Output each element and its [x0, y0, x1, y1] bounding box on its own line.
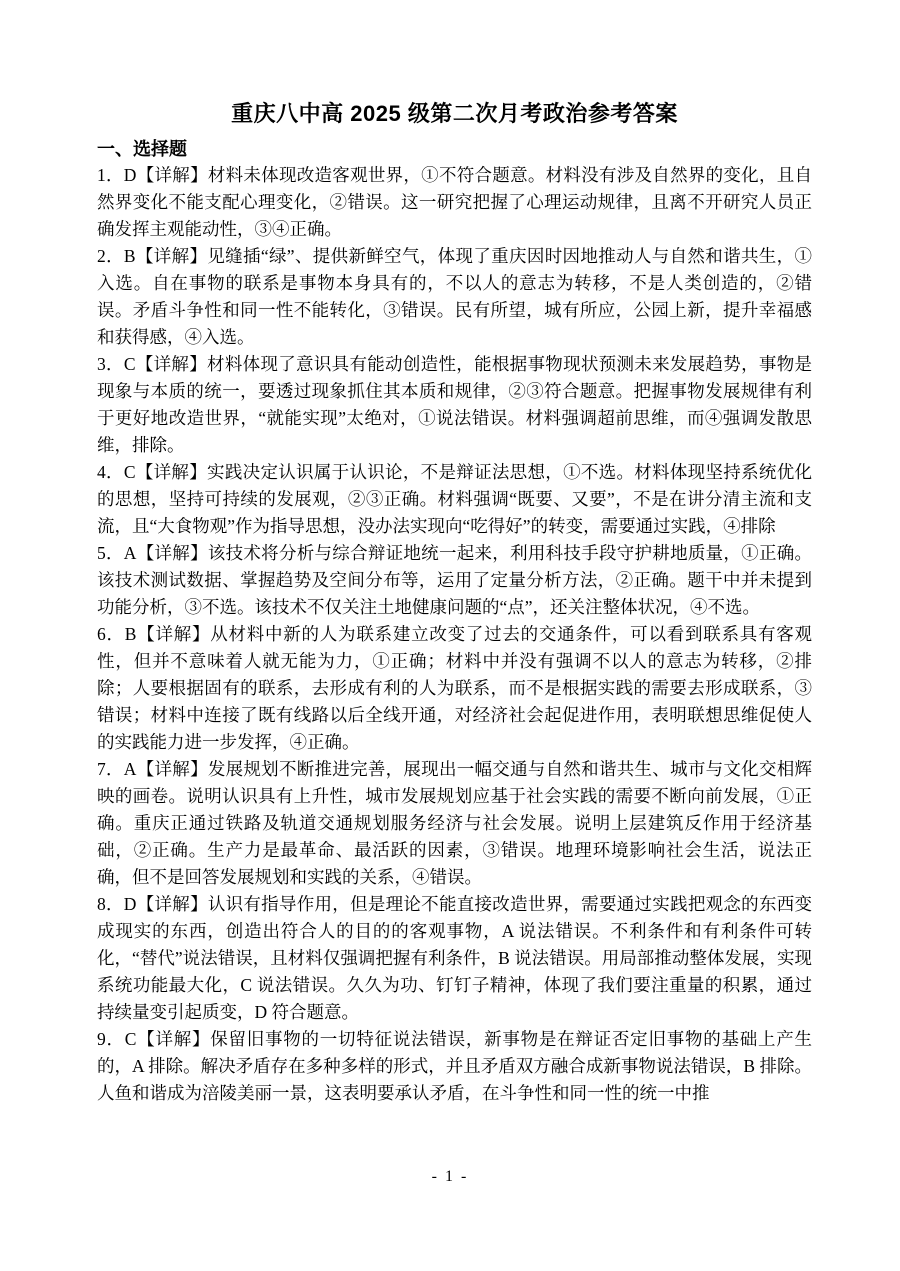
item-label: 【详解】: [136, 462, 208, 482]
section-heading: 一、选择题: [97, 137, 812, 162]
page-number: - 1 -: [0, 1166, 900, 1188]
answer-item-2: 2．B【详解】见缝插“绿”、提供新鲜空气，体现了重庆因时因地推动人与自然和谐共生…: [97, 243, 812, 351]
answer-item-4: 4．C【详解】实践决定认识属于认识论，不是辩证法思想，①不选。材料体现坚持系统优…: [97, 459, 812, 540]
answer-item-5: 5．A【详解】该技术将分析与综合辩证地统一起来，利用科技手段守护耕地质量，①正确…: [97, 540, 812, 621]
item-number-answer: 3．C: [97, 354, 136, 374]
item-number-answer: 5．A: [97, 543, 136, 563]
answer-item-9: 9．C【详解】保留旧事物的一切特征说法错误，新事物是在辩证否定旧事物的基础上产生…: [97, 1026, 812, 1107]
item-number-answer: 4．C: [97, 462, 136, 482]
item-number-answer: 6．B: [97, 624, 136, 644]
item-label: 【详解】: [136, 624, 210, 644]
item-label: 【详解】: [136, 543, 207, 563]
answer-item-7: 7．A【详解】发展规划不断推进完善，展现出一幅交通与自然和谐共生、城市与文化交相…: [97, 756, 812, 891]
item-label: 【详解】: [136, 246, 208, 266]
answer-item-8: 8．D【详解】认识有指导作用，但是理论不能直接改造世界，需要通过实践把观念的东西…: [97, 891, 812, 1026]
answer-item-6: 6．B【详解】从材料中新的人为联系建立改变了过去的交通条件，可以看到联系具有客观…: [97, 621, 812, 756]
answer-item-3: 3．C【详解】材料体现了意识具有能动创造性，能根据事物现状预测未来发展趋势，事物…: [97, 351, 812, 459]
item-number-answer: 8．D: [97, 894, 136, 914]
page-title: 重庆八中高 2025 级第二次月考政治参考答案: [97, 99, 812, 128]
document-page: 重庆八中高 2025 级第二次月考政治参考答案 一、选择题 1．D【详解】材料未…: [0, 0, 900, 1271]
item-label: 【详解】: [136, 1029, 210, 1049]
item-number-answer: 7．A: [97, 759, 136, 779]
item-label: 【详解】: [136, 165, 207, 185]
item-label: 【详解】: [136, 894, 207, 914]
item-label: 【详解】: [136, 354, 208, 374]
item-label: 【详解】: [136, 759, 207, 779]
item-number-answer: 1．D: [97, 165, 136, 185]
item-number-answer: 9．C: [97, 1029, 136, 1049]
item-number-answer: 2．B: [97, 246, 136, 266]
answer-item-1: 1．D【详解】材料未体现改造客观世界，①不符合题意。材料没有涉及自然界的变化，且…: [97, 162, 812, 243]
